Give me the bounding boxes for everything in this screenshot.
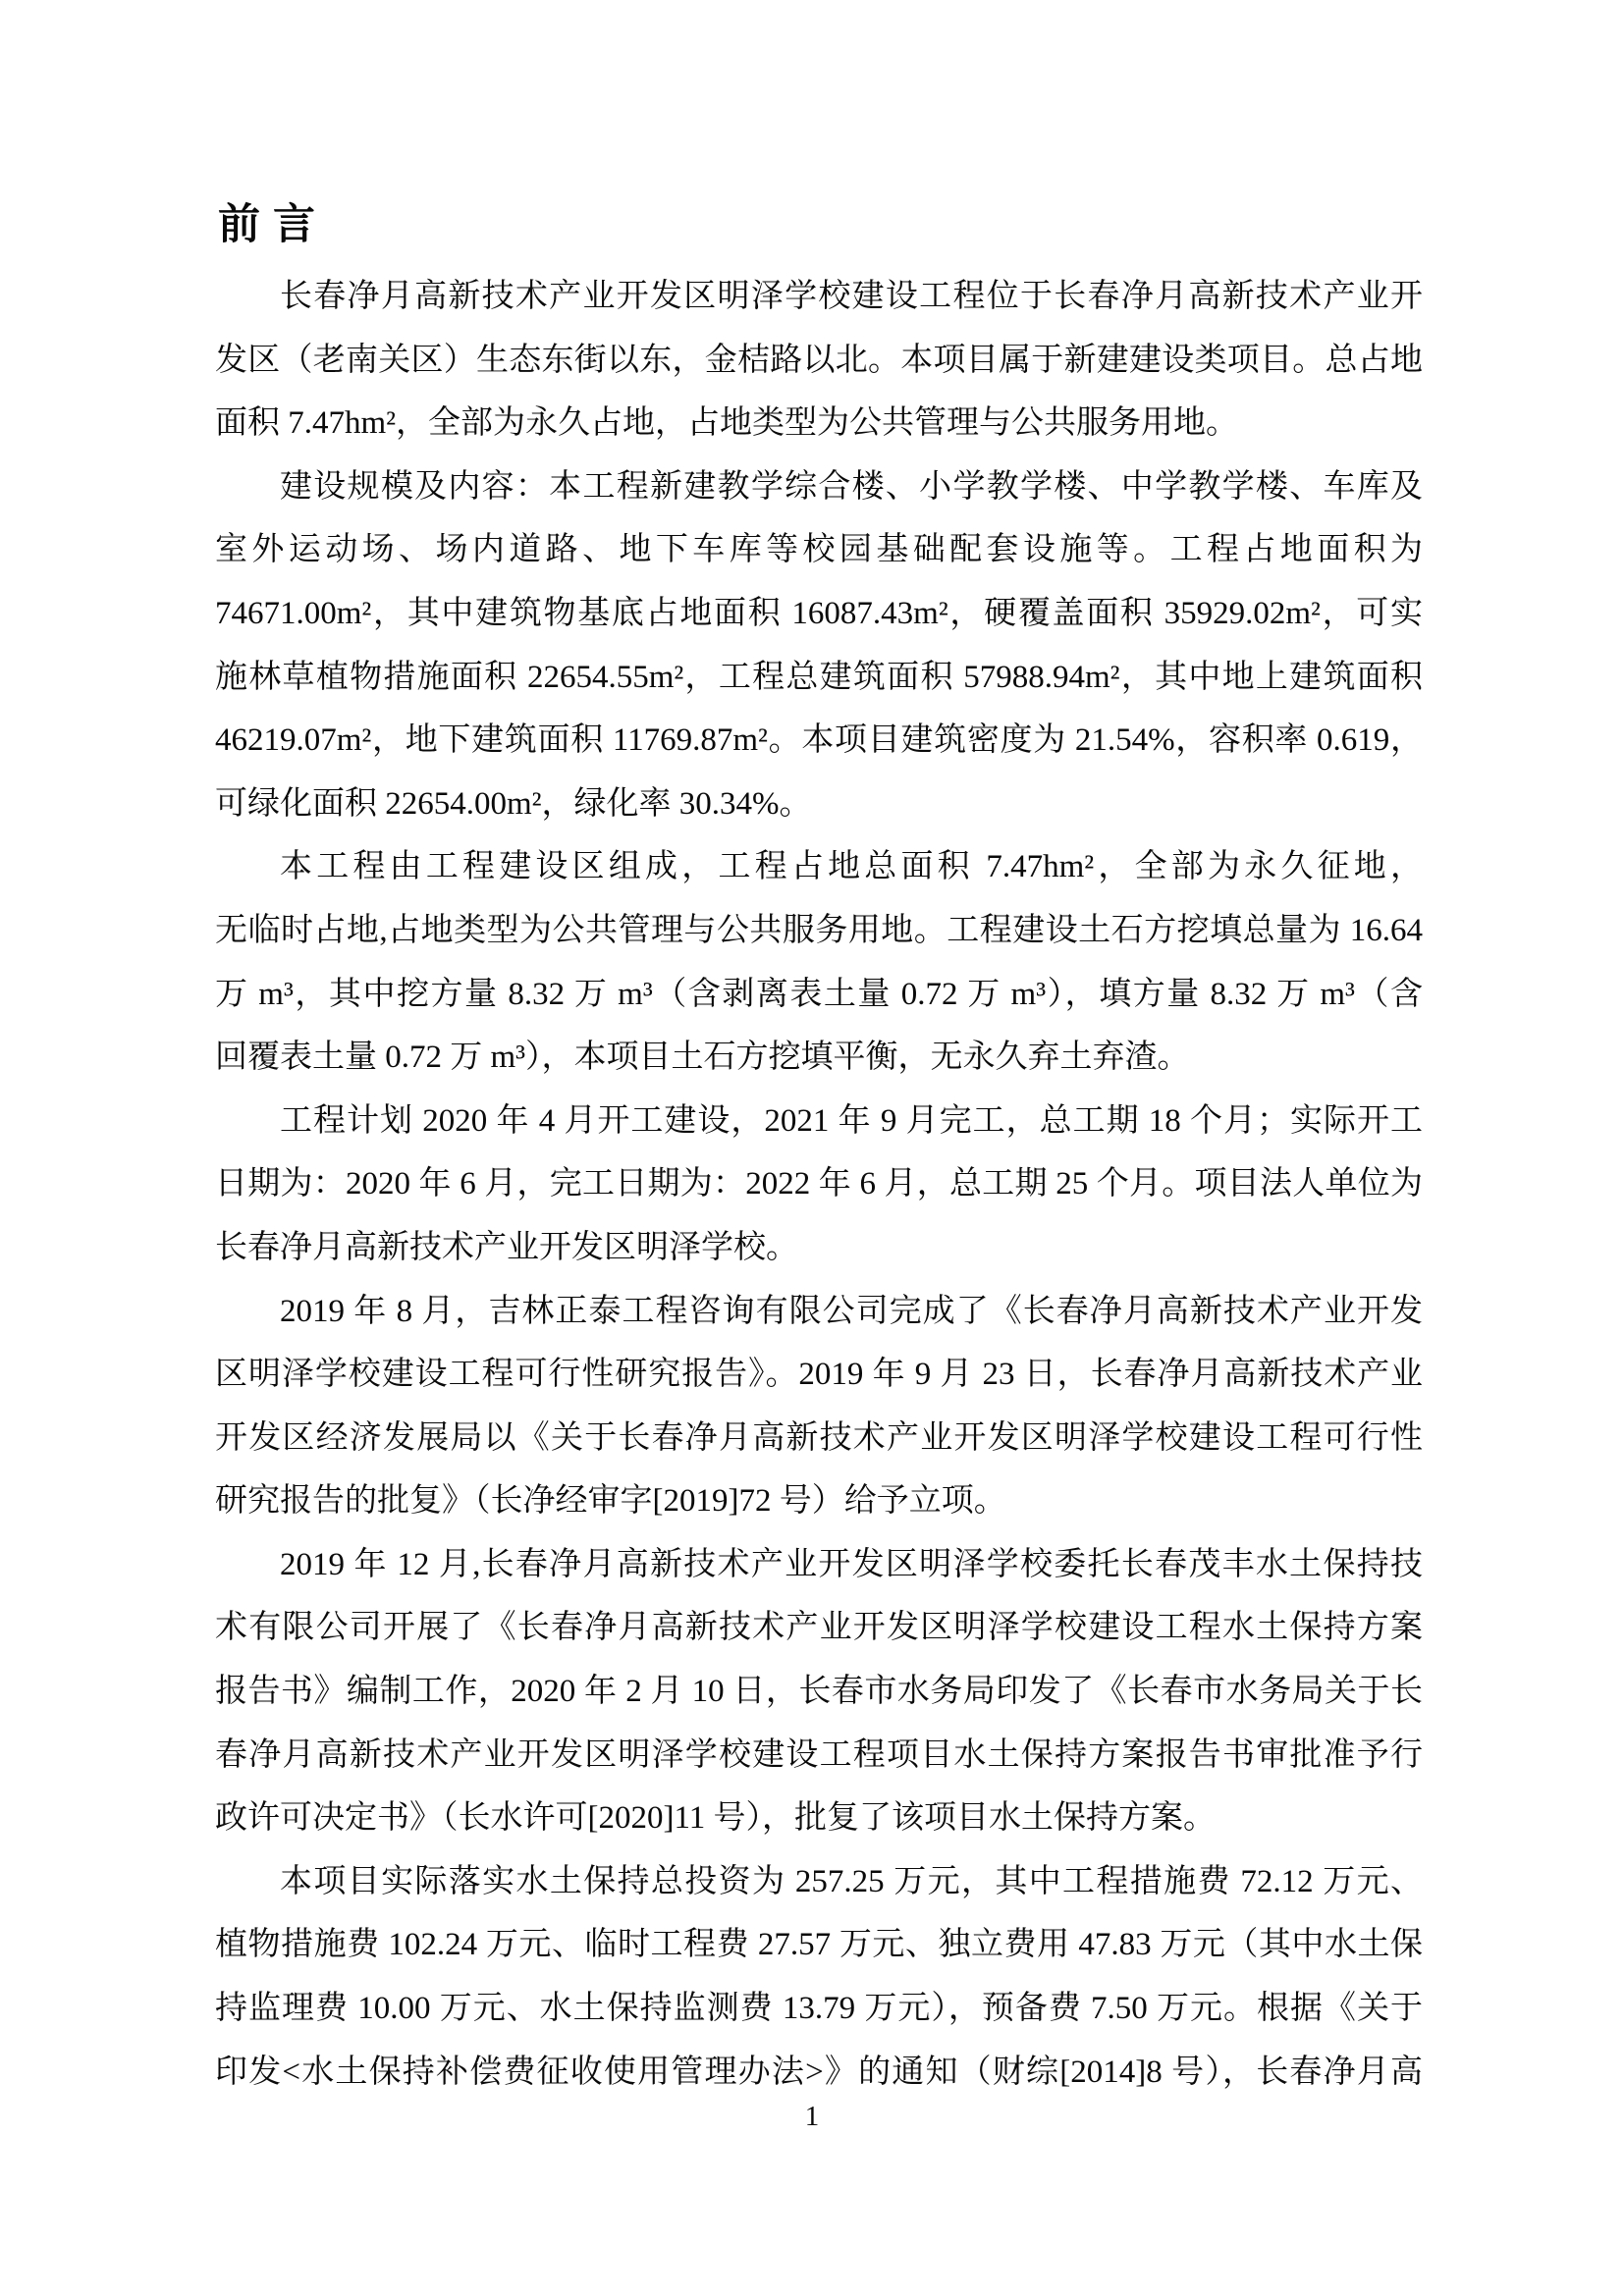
text-line: 长春净月高新技术产业开发区明泽学校建设工程位于长春净月高新技术产业开 bbox=[215, 265, 1423, 329]
text-line: 植物措施费 102.24 万元、临时工程费 27.57 万元、独立费用 47.8… bbox=[215, 1913, 1423, 1977]
text-line: 万 m³，其中挖方量 8.32 万 m³（含剥离表土量 0.72 万 m³），填… bbox=[215, 963, 1423, 1027]
text-line: 春净月高新技术产业开发区明泽学校建设工程项目水土保持方案报告书审批准予行 bbox=[215, 1724, 1423, 1788]
text-line: 印发<水土保持补偿费征收使用管理办法>》的通知（财综[2014]8 号），长春净… bbox=[215, 2041, 1423, 2105]
text-line: 工程计划 2020 年 4 月开工建设，2021 年 9 月完工，总工期 18 … bbox=[215, 1090, 1423, 1153]
text-line: 回覆表土量 0.72 万 m³），本项目土石方挖填平衡，无永久弃土弃渣。 bbox=[215, 1026, 1423, 1090]
text-line: 政许可决定书》（长水许可[2020]11 号），批复了该项目水土保持方案。 bbox=[215, 1787, 1423, 1850]
text-line: 74671.00m²，其中建筑物基底占地面积 16087.43m²，硬覆盖面积 … bbox=[215, 582, 1423, 646]
text-line: 开发区经济发展局以《关于长春净月高新技术产业开发区明泽学校建设工程可行性 bbox=[215, 1407, 1423, 1470]
text-line: 2019 年 8 月，吉林正泰工程咨询有限公司完成了《长春净月高新技术产业开发 bbox=[215, 1280, 1423, 1344]
text-line: 建设规模及内容：本工程新建教学综合楼、小学教学楼、中学教学楼、车库及 bbox=[215, 455, 1423, 519]
text-line: 本项目实际落实水土保持总投资为 257.25 万元，其中工程措施费 72.12 … bbox=[215, 1850, 1423, 1914]
text-line: 室外运动场、场内道路、地下车库等校园基础配套设施等。工程占地面积为 bbox=[215, 518, 1423, 582]
text-line: 报告书》编制工作，2020 年 2 月 10 日，长春市水务局印发了《长春市水务… bbox=[215, 1660, 1423, 1724]
document-body: 长春净月高新技术产业开发区明泽学校建设工程位于长春净月高新技术产业开发区（老南关… bbox=[215, 265, 1423, 2104]
text-line: 长春净月高新技术产业开发区明泽学校。 bbox=[215, 1216, 1423, 1280]
text-line: 本工程由工程建设区组成，工程占地总面积 7.47hm²，全部为永久征地， bbox=[215, 835, 1423, 899]
text-line: 术有限公司开展了《长春净月高新技术产业开发区明泽学校建设工程水土保持方案 bbox=[215, 1596, 1423, 1660]
text-line: 可绿化面积 22654.00m²，绿化率 30.34%。 bbox=[215, 773, 1423, 836]
text-line: 施林草植物措施面积 22654.55m²，工程总建筑面积 57988.94m²，… bbox=[215, 646, 1423, 710]
text-line: 无临时占地,占地类型为公共管理与公共服务用地。工程建设土石方挖填总量为 16.6… bbox=[215, 899, 1423, 963]
text-line: 2019 年 12 月,长春净月高新技术产业开发区明泽学校委托长春茂丰水土保持技 bbox=[215, 1533, 1423, 1597]
text-line: 46219.07m²，地下建筑面积 11769.87m²。本项目建筑密度为 21… bbox=[215, 709, 1423, 773]
text-line: 研究报告的批复》（长净经审字[2019]72 号）给予立项。 bbox=[215, 1469, 1423, 1533]
text-line: 面积 7.47hm²，全部为永久占地，占地类型为公共管理与公共服务用地。 bbox=[215, 392, 1423, 455]
text-line: 日期为：2020 年 6 月，完工日期为：2022 年 6 月，总工期 25 个… bbox=[215, 1152, 1423, 1216]
text-line: 持监理费 10.00 万元、水土保持监测费 13.79 万元），预备费 7.50… bbox=[215, 1977, 1423, 2041]
section-title: 前言 bbox=[218, 191, 328, 251]
page-number: 1 bbox=[0, 2101, 1624, 2133]
text-line: 发区（老南关区）生态东街以东，金桔路以北。本项目属于新建建设类项目。总占地 bbox=[215, 329, 1423, 393]
document-page: 前言 长春净月高新技术产业开发区明泽学校建设工程位于长春净月高新技术产业开发区（… bbox=[0, 0, 1624, 2296]
text-line: 区明泽学校建设工程可行性研究报告》。2019 年 9 月 23 日，长春净月高新… bbox=[215, 1343, 1423, 1407]
